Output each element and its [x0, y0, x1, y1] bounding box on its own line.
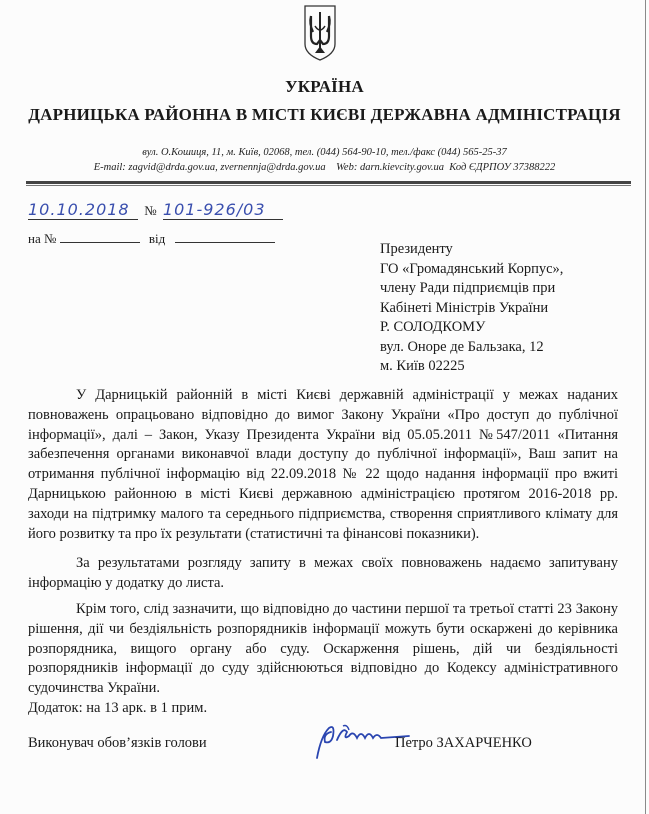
reply-to-line: на № від	[28, 231, 275, 247]
letter-body: У Дарницькій районній в місті Києві держ…	[28, 386, 618, 719]
country-title: УКРАЇНА	[0, 77, 649, 97]
from-label: від	[149, 231, 165, 246]
signatory-position: Виконувач обов’язків голови	[28, 735, 207, 752]
registration-line: 10.10.2018 № 101-926/03	[28, 200, 283, 220]
signatory-name: Петро ЗАХАРЧЕНКО	[395, 735, 532, 752]
attachment-note: Додаток: на 13 арк. в 1 прим.	[28, 699, 618, 719]
letter-page: УКРАЇНА ДАРНИЦЬКА РАЙОННА В МІСТІ КИЄВІ …	[0, 0, 649, 814]
reply-to-date-field	[175, 242, 275, 243]
organization-title: ДАРНИЦЬКА РАЙОННА В МІСТІ КИЄВІ ДЕРЖАВНА…	[0, 105, 649, 125]
header-divider	[26, 181, 631, 184]
addressee-line: Президенту	[380, 240, 563, 260]
body-paragraph-1: У Дарницькій районній в місті Києві держ…	[28, 386, 618, 544]
reply-to-label: на №	[28, 231, 56, 246]
header-divider-thin	[26, 185, 631, 186]
addressee-line: м. Київ 02225	[380, 357, 563, 377]
addressee-block: Президенту ГО «Громадянський Корпус», чл…	[380, 240, 563, 377]
addressee-line: ГО «Громадянський Корпус»,	[380, 260, 563, 280]
contact-email-web: E-mail: zagvid@drda.gov.ua, zvernennja@d…	[0, 162, 649, 173]
addressee-line: Кабінеті Міністрів України	[380, 299, 563, 319]
reply-to-number-field	[60, 242, 140, 243]
addressee-line: члену Ради підприємців при	[380, 279, 563, 299]
contact-address: вул. О.Кошиця, 11, м. Київ, 02068, тел. …	[0, 147, 649, 158]
number-sign: №	[144, 203, 156, 218]
outgoing-date: 10.10.2018	[28, 200, 138, 220]
trident-icon	[303, 4, 337, 62]
body-paragraph-3: Крім того, слід зазначити, що відповідно…	[28, 600, 618, 699]
addressee-line: вул. Оноре де Бальзака, 12	[380, 338, 563, 358]
body-paragraph-2: За результатами розгляду запиту в межах …	[28, 554, 618, 594]
addressee-line: Р. СОЛОДКОМУ	[380, 318, 563, 338]
outgoing-number: 101-926/03	[163, 200, 283, 220]
